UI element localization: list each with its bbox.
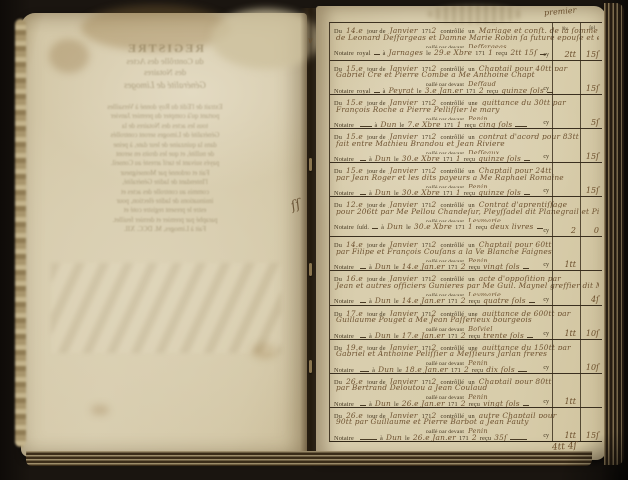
amount-sols: 0 <box>594 226 599 235</box>
printed-a: à <box>369 332 372 340</box>
amount-sols: 10ſ <box>586 363 599 372</box>
entry-line-date: Du 14.e jour de Janvier 1712 contrôllé u… <box>334 238 599 248</box>
printed-le: le <box>406 223 411 232</box>
entry-acte-continuation: 90tt par Guillaume et Pierre Barbot a Je… <box>334 418 599 426</box>
entry-month: Janvier <box>390 200 418 208</box>
top-annotation: premier <box>544 6 577 18</box>
entry-acte: Chaptail pour 60tt <box>479 240 552 248</box>
entry-place: Dun <box>375 399 391 408</box>
printed-year: 171 <box>448 332 458 340</box>
printed-le: le <box>394 400 399 408</box>
entries: Du 14.e jour de Janvier 1712 contrôllé u… <box>330 23 602 441</box>
printed-cy: cy <box>543 120 549 126</box>
entry-acte: quittance du 150tt par <box>482 343 571 351</box>
printed-le: le <box>426 49 431 58</box>
entry-day: 15.e <box>346 132 363 140</box>
printed-notaire: Notaire <box>334 121 354 129</box>
entry-month: Janvier <box>390 132 418 140</box>
corner-shadow <box>558 430 628 480</box>
bleedthrough-lines: Extrait de l'Edit du Roy donné à Versail… <box>49 103 281 235</box>
printed-le: le <box>394 332 399 340</box>
entry-place: Dun <box>378 365 394 374</box>
register-entry: Du 14.e jour de Janvier 1712 contrôllé u… <box>330 237 602 271</box>
entry-acte-continuation: Guillaume Pouget a Me Jean Paſſerieux bo… <box>334 316 599 324</box>
entry-acte-continuation: François Roche a Pierre Pelliſſier le ma… <box>334 106 599 114</box>
printed-a: à <box>375 121 378 129</box>
entry-line-date: Du 12.e jour de Janvier 1712 contrôllé u… <box>334 198 599 208</box>
entry-recu-year-digit: 1 <box>488 48 493 57</box>
entry-date: 7.e Xbre <box>407 120 440 129</box>
printed-rule-fill <box>523 400 529 406</box>
entry-date: 18.e Jan.er <box>405 365 448 374</box>
entry-line-notaire: Notaire royal à Peyrat le 3.e Jan.er 171… <box>334 86 599 95</box>
entry-day: 15.e <box>346 166 363 174</box>
printed-rule-fill <box>360 263 366 269</box>
printed-cy: cy <box>543 154 549 160</box>
printed-notaire: Notaire <box>334 155 354 163</box>
ghost-ornament <box>428 4 523 24</box>
entry-place: Dun <box>386 433 402 441</box>
entry-acte-continuation: par Filipe et François Couſans a la Ve B… <box>334 248 599 256</box>
amount-livres: 1tt <box>564 260 576 269</box>
entry-acte-continuation: pour 206tt par Me Pellou Chandeſur, Pley… <box>334 208 599 216</box>
printed-recu: reçu <box>469 297 480 305</box>
printed-year: 171 <box>466 87 476 95</box>
printed-a: à <box>369 189 372 197</box>
register-entry: Du 14.e jour de Janvier 1712 contrôllé u… <box>330 23 602 61</box>
printed-rule-fill <box>527 332 533 338</box>
printed-le: le <box>394 297 399 305</box>
entry-line-notaire: Notaire à Dun le 14.e Jan.er 1712 reçu v… <box>334 262 599 271</box>
printed-rule-fill <box>374 87 380 93</box>
printed-notaire: Notaire <box>334 189 354 197</box>
entry-somme: cinq ſols <box>479 120 513 129</box>
entry-line-notaire: Notaire à Dun le 17.e Jan.er 1712 reçu t… <box>334 331 599 340</box>
entry-place: Dun <box>375 154 391 163</box>
entry-month: Janvier <box>390 377 418 385</box>
printed-recu: reçu <box>472 366 483 374</box>
entry-day: 14.e <box>346 26 363 34</box>
entry-acte-continuation: de Leonard Deſfargeas et Damne Marie Rob… <box>334 34 599 42</box>
printed-rule-fill <box>360 400 366 406</box>
entry-year-digit: 2 <box>432 240 437 248</box>
entry-month: Janvier <box>390 309 418 317</box>
printed-cy: cy <box>543 86 549 92</box>
printed-cy: cy <box>543 297 549 303</box>
bleedthrough-generalite: Généralité de Limoges <box>49 77 281 93</box>
printed-recu: reçu <box>464 189 475 197</box>
entry-acte: acte d'oppoſition par <box>479 274 561 282</box>
bleedthrough-line: insinuations de ladite élection, pour <box>49 197 281 206</box>
amount-sols: 15ſ <box>586 50 599 59</box>
printed-cy: cy <box>543 228 549 234</box>
entry-somme: quinze ſols <box>478 154 521 163</box>
entry-acte: quittance de 600tt par <box>482 309 571 317</box>
binding-stitch <box>309 263 312 276</box>
bleedthrough-text: REGISTRE du Contrôlle des Actes des Nota… <box>49 41 281 235</box>
binding-stitch <box>309 158 312 171</box>
printed-rule-fill <box>372 223 378 229</box>
entry-recu-year-digit: 2 <box>472 433 477 441</box>
col-header-sols: ſol <box>589 25 595 31</box>
printed-a: à <box>381 223 384 232</box>
register-entry: Du 15.e jour de Janvier 1712 contrôllé u… <box>330 61 602 95</box>
printed-notaire: Notaire <box>334 263 354 271</box>
entry-line-date: Du 15.e jour de Janvier 1712 contrôllé u… <box>334 96 599 106</box>
printed-rule-fill <box>523 263 529 269</box>
entry-somme: quinze ſols <box>478 188 521 197</box>
printed-rule-fill <box>360 155 366 161</box>
printed-recu: reçu <box>487 87 498 95</box>
register-table: Du 14.e jour de Janvier 1712 contrôllé u… <box>329 22 602 442</box>
entry-year-digit: 2 <box>432 26 437 34</box>
entry-line-date: Du 14.e jour de Janvier 1712 contrôllé u… <box>334 24 599 34</box>
entry-somme: deux livres <box>490 222 533 231</box>
entry-year-digit: 2 <box>432 166 437 174</box>
entry-year-digit: 2 <box>432 200 437 208</box>
entry-line-notaire: Notaire ſuſd. à Dun le 30.e Xbre 1711 re… <box>334 222 599 232</box>
printed-le: le <box>394 189 399 197</box>
entry-day: 17.e <box>346 309 363 317</box>
entry-line-date: Du 15.e jour de Janvier 1712 contrôllé u… <box>334 164 599 174</box>
register-entry: Du 12.e jour de Janvier 1712 contrôllé u… <box>330 197 602 237</box>
amount-sols: 15ſ <box>586 84 599 93</box>
entry-date: 26.e Jan.er <box>402 399 445 408</box>
bleedthrough-line: payés suivant le tarif arresté au Consei… <box>49 159 281 168</box>
entry-date: 3.e Jan.er <box>425 86 463 95</box>
printed-rule-fill <box>524 189 530 195</box>
printed-cy: cy <box>543 399 549 405</box>
bleedthrough-line: Généralité de Limoges seront controllés <box>49 131 281 140</box>
entry-line-notaire: Notaire à Dun le 7.e Xbre 1711 reçu cinq… <box>334 120 599 129</box>
printed-year: 171 <box>448 297 458 305</box>
printed-a: à <box>380 434 383 441</box>
entry-notaire-qualif: ſuſd. <box>357 223 369 232</box>
printed-rule-fill <box>515 121 527 127</box>
entry-notaire-qualif: royal <box>357 49 371 58</box>
deckle-edge <box>15 19 26 447</box>
entry-year-digit: 2 <box>432 132 437 140</box>
entry-acte-continuation: Gabriel Cre et Pierre Combe a Me Anthoin… <box>334 71 599 79</box>
entry-month: Janvier <box>390 64 418 72</box>
amount-sols: 15ſ <box>586 186 599 195</box>
entry-date: 14.e Jan.er <box>402 262 445 271</box>
bleedthrough-line: portant qu'à compter du premier Janvier <box>49 112 281 121</box>
printed-year: 171 <box>448 400 458 408</box>
printed-rule-fill <box>360 297 366 303</box>
register-entry: Du 17.e jour de Janvier 1712 contrôllé u… <box>330 306 602 340</box>
printed-year: 171 <box>455 223 465 232</box>
printed-a: à <box>383 87 386 95</box>
entry-day: 12.e <box>346 200 363 208</box>
printed-notaire: Notaire <box>334 366 354 374</box>
printed-recu: reçu <box>469 263 480 271</box>
entry-date: 30.e Xbre <box>402 188 440 197</box>
printed-a: à <box>369 263 372 271</box>
printed-rule-fill <box>360 434 377 440</box>
book-scan: REGISTRE du Contrôlle des Actes des Nota… <box>0 0 628 480</box>
entry-somme: vingt ſols <box>483 399 520 408</box>
entry-line-notaire: Notaire à Dun le 30.e Xbre 1711 reçu qui… <box>334 154 599 163</box>
printed-a: à <box>383 49 386 58</box>
register-entry: Du 15.e jour de Janvier 1712 contrôllé u… <box>330 163 602 197</box>
entry-line-date: Du 19.e jour de Janvier 1712 contrôllé u… <box>334 341 599 351</box>
entry-acte-continuation: par Jean Roger et les dits payeurs a Me … <box>334 174 599 182</box>
paper-wrinkle <box>51 263 281 353</box>
entry-place: Dun <box>375 331 391 340</box>
entry-year-digit: 2 <box>432 411 437 419</box>
entry-recu-year-digit: 2 <box>461 296 466 305</box>
printed-le: le <box>394 155 399 163</box>
printed-rule-fill <box>510 434 527 440</box>
printed-rule-fill <box>360 332 366 338</box>
entry-month: Janvier <box>390 274 418 282</box>
amount-sols: 10ſ <box>586 329 599 338</box>
entry-date: 14.e Jan.er <box>402 296 445 305</box>
bleedthrough-line: dans la quinzaine de leur date, à peine <box>49 141 281 150</box>
printed-rule-fill <box>524 155 530 161</box>
column-line-livres <box>552 23 553 441</box>
bottom-page-edges <box>26 451 592 466</box>
entry-month: Janvier <box>390 240 418 248</box>
printed-recu: reçu <box>476 223 487 232</box>
entry-recu-year-digit: 2 <box>461 331 466 340</box>
entry-line-notaire: Notaire à Dun le 30.e Xbre 1711 reçu qui… <box>334 188 599 197</box>
register-entry: Du 15.e jour de Janvier 1712 contrôllé u… <box>330 95 602 129</box>
entry-recu-year-digit: 1 <box>468 222 473 231</box>
printed-year: 171 <box>443 189 453 197</box>
entry-day: 14.e <box>346 240 363 248</box>
bleedthrough-line: estre le present registre coté et <box>49 206 281 215</box>
entry-place: Dun <box>375 296 391 305</box>
printed-rule-fill <box>374 49 380 55</box>
entry-day: 15.e <box>346 64 363 72</box>
bleedthrough-line: commis au controlle des actes et <box>49 188 281 197</box>
printed-le: le <box>405 434 410 441</box>
register-entry: Du 19.e jour de Janvier 1712 contrôllé u… <box>330 340 602 374</box>
printed-year: 171 <box>459 434 469 441</box>
entry-place: Peyrat <box>389 86 414 95</box>
entry-acte-continuation: par Bertrand Deloutou a Jean Coulaud <box>334 384 599 392</box>
printed-cy: cy <box>543 52 549 58</box>
entry-somme: quatre ſols <box>483 296 526 305</box>
printed-notaire: Notaire <box>334 297 354 305</box>
entry-line-date: Du 15.e jour de Janvier 1712 contrôllé u… <box>334 130 599 140</box>
printed-cy: cy <box>543 365 549 371</box>
entry-notaire-qualif: royal <box>357 87 371 95</box>
entry-acte-continuation: Jean et autres officiers Gunieres par Me… <box>334 282 599 290</box>
amount-livres: 1tt <box>564 329 576 338</box>
printed-recu: reçu <box>469 400 480 408</box>
entry-month: Janvier <box>390 26 418 34</box>
printed-rule-fill <box>537 223 543 229</box>
entry-line-notaire: Notaire royal à Jarnages le 29.e Xbre 17… <box>334 48 599 58</box>
entry-day: 26.e <box>346 411 363 419</box>
printed-notaire: Notaire <box>334 49 354 58</box>
printed-recu: reçu <box>464 121 475 129</box>
foxing-spot <box>91 405 109 415</box>
entry-month: Janvier <box>390 166 418 174</box>
entry-year-digit: 2 <box>432 64 437 72</box>
entry-acte-continuation: Gabriel et Anthoine Peliſſier a Meſſieur… <box>334 350 599 358</box>
printed-a: à <box>372 366 375 374</box>
entry-recu-year-digit: 2 <box>461 262 466 271</box>
bleedthrough-subtitle: du Contrôlle des Actes <box>49 56 281 67</box>
entry-acte: autre Chaptail pour <box>479 411 557 419</box>
printed-rule-fill <box>360 189 366 195</box>
entry-month: Janvier <box>390 343 418 351</box>
entry-somme: trente ſols <box>483 331 524 340</box>
printed-recu: reçu <box>464 155 475 163</box>
entry-line-date: Du 26.e jour de Janvier 1712 contrôllé u… <box>334 409 599 419</box>
entry-somme: dix ſols <box>486 365 515 374</box>
printed-notaire: Notaire <box>334 223 354 232</box>
entry-date: 17.e Jan.er <box>402 331 445 340</box>
entry-year-digit: 2 <box>432 274 437 282</box>
entry-year-digit: 2 <box>432 377 437 385</box>
entry-recu-year-digit: 1 <box>456 154 461 163</box>
entry-acte: Contrat d'aprentiſſage <box>479 200 567 208</box>
entry-place: Dun <box>375 262 391 271</box>
printed-cy: cy <box>543 433 549 439</box>
entry-place: Dun <box>380 120 396 129</box>
entry-somme: vingt ſols <box>483 262 520 271</box>
entry-line-date: Du 15.e jour de Janvier 1712 contrôllé u… <box>334 62 599 72</box>
printed-le: le <box>394 263 399 271</box>
entry-recu-year-digit: 1 <box>457 120 462 129</box>
entry-line-date: Du 26.e jour de Janvier 1712 contrôllé u… <box>334 375 599 385</box>
entry-recu-year-digit: 2 <box>479 86 484 95</box>
entry-acte: quittance du 30tt par <box>482 98 566 106</box>
entry-day: 19.e <box>346 343 363 351</box>
printed-a: à <box>369 297 372 305</box>
printed-notaire: Notaire <box>334 87 354 95</box>
binding-stitch <box>309 360 312 373</box>
entry-year-digit: 2 <box>432 98 437 106</box>
entry-somme: 35ſ <box>494 433 507 441</box>
printed-a: à <box>369 155 372 163</box>
printed-cy: cy <box>543 262 549 268</box>
entry-devant-name: Penin <box>468 359 488 365</box>
printed-rule-fill <box>360 121 372 127</box>
register-entry: Du 26.e jour de Janvier 1712 contrôllé u… <box>330 374 602 408</box>
entry-day: 26.e <box>346 377 363 385</box>
amount-livres: 1tt <box>564 397 576 406</box>
entry-date: 26.e Jan.er <box>413 433 456 441</box>
entry-date: 30.e Xbre <box>414 222 452 231</box>
entry-line-notaire: Notaire à Dun le 26.e Jan.er 1712 reçu v… <box>334 399 599 408</box>
entry-place: Dun <box>387 222 403 231</box>
bleedthrough-line: de nullité, et que les droits en seront <box>49 150 281 159</box>
register-entry: Du 16.e jour de Janvier 1712 contrôllé u… <box>330 271 602 305</box>
printed-rule-fill <box>360 366 369 372</box>
bleedthrough-line: Fait et ordonné par Monseigneur <box>49 169 281 178</box>
amount-livres: 2 <box>571 226 576 235</box>
printed-year: 171 <box>475 49 485 58</box>
entry-date: 29.e Xbre <box>434 48 472 57</box>
entry-acte: Chaptail pour 80tt <box>479 377 552 385</box>
printed-le: le <box>397 366 402 374</box>
entry-day: 16.e <box>346 274 363 282</box>
entry-month: Janvier <box>390 411 418 419</box>
bleedthrough-subtitle2: des Notaires <box>49 67 281 77</box>
printed-year: 171 <box>443 155 453 163</box>
printed-recu: reçu <box>480 434 491 441</box>
column-line-sols <box>580 23 581 441</box>
printed-cy: cy <box>543 331 549 337</box>
entry-date: 30.e Xbre <box>402 154 440 163</box>
printed-year: 171 <box>444 121 454 129</box>
bleedthrough-line: Extrait de l'Edit du Roy donné à Versail… <box>49 103 281 112</box>
entry-line-date: Du 17.e jour de Janvier 1712 contrôllé u… <box>334 307 599 317</box>
entry-acte: contrat d'acord pour 83tt <box>479 132 579 140</box>
entry-line-notaire: Notaire à Dun le 14.e Jan.er 1712 reçu q… <box>334 296 599 305</box>
printed-year: 171 <box>451 366 461 374</box>
bleedthrough-line: Fait à Limoges, M. DCC. XII. <box>49 225 281 234</box>
entry-year-digit: 2 <box>432 309 437 317</box>
register-entry: Du 15.e jour de Janvier 1712 contrôllé u… <box>330 129 602 163</box>
entry-day: 15.e <box>346 98 363 106</box>
printed-notaire: Notaire <box>334 400 354 408</box>
printed-cy: cy <box>543 188 549 194</box>
bleedthrough-line: tous les actes des Notaires de la <box>49 122 281 131</box>
printed-le: le <box>417 87 422 95</box>
amount-sols: 15ſ <box>586 152 599 161</box>
col-header-livres: liv. <box>562 26 569 32</box>
printed-a: à <box>369 400 372 408</box>
printed-rule-fill <box>518 366 527 372</box>
bleedthrough-line: paraphé par premier et dernier feuillet. <box>49 216 281 225</box>
amount-sols: 5ſ <box>591 118 599 127</box>
entry-line-date: Du 16.e jour de Janvier 1712 contrôllé u… <box>334 272 599 282</box>
printed-year: 171 <box>448 263 458 271</box>
entry-month: Janvier <box>390 98 418 106</box>
printed-rule-fill <box>529 297 535 303</box>
entry-acte: Chaptail pour 24tt <box>479 166 552 174</box>
entry-somme: quinze ſols <box>501 86 544 95</box>
entry-somme: 2tt 15ſ <box>510 48 537 57</box>
bleedthrough-line: l'Intendant de ladite Généralité, <box>49 178 281 187</box>
entry-year-digit: 2 <box>432 343 437 351</box>
entry-line-notaire: Notaire à Dun le 18.e Jan.er 1712 reçu d… <box>334 365 599 374</box>
entry-recu-year-digit: 1 <box>456 188 461 197</box>
bleedthrough-title: REGISTRE <box>49 41 281 56</box>
printed-recu: reçu <box>496 49 507 58</box>
entry-recu-year-digit: 2 <box>461 399 466 408</box>
entry-place: Jarnages <box>389 48 424 57</box>
margin-tick: v <box>308 36 313 45</box>
printed-recu: reçu <box>469 332 480 340</box>
amount-sols: 4ſ <box>591 295 599 304</box>
entry-acte: Chaptail pour 40tt par <box>479 64 568 72</box>
fore-edge-pages <box>604 3 624 465</box>
left-page: REGISTRE du Contrôlle des Actes des Nota… <box>21 13 307 457</box>
printed-notaire: Notaire <box>334 434 354 441</box>
printed-le: le <box>400 121 405 129</box>
printed-notaire: Notaire <box>334 332 354 340</box>
entry-acte-continuation: fait entre Mathieu Brandou et Jean Rivie… <box>334 140 599 148</box>
entry-place: Dun <box>375 188 391 197</box>
amount-livres: 2tt <box>564 50 576 59</box>
right-page: premier Du 14.e jour de Janvier 1712 con… <box>316 6 606 460</box>
entry-recu-year-digit: 2 <box>464 365 469 374</box>
